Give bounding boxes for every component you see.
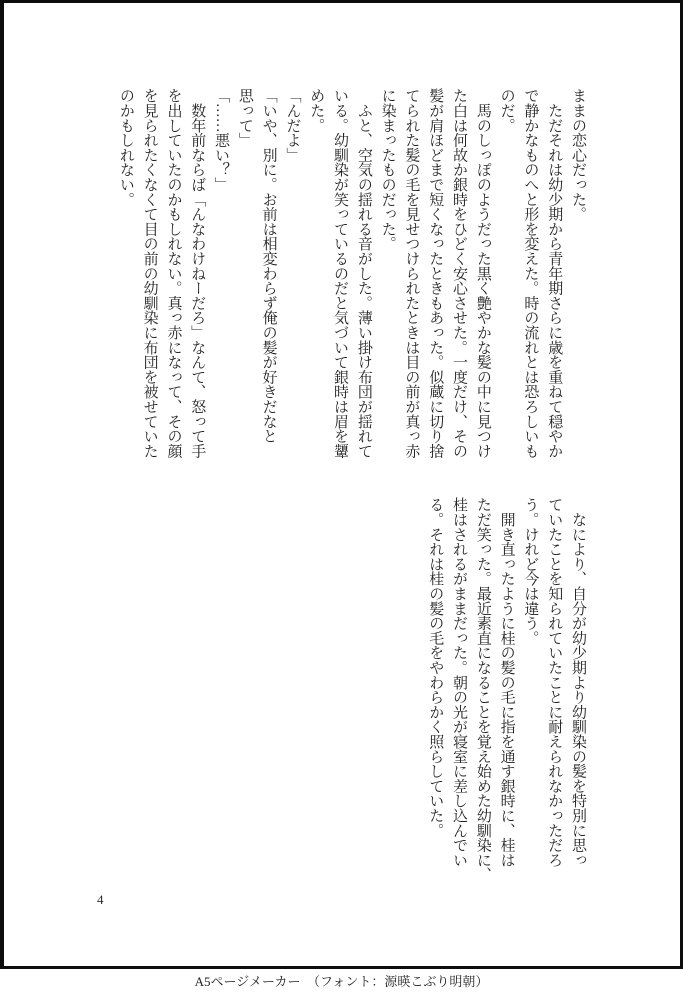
text-line: めた。 xyxy=(303,88,327,460)
text-line: いる。幼馴染が笑っているのだと気づいて銀時は眉を顰 xyxy=(327,88,351,460)
screenshot-root: { "page": { "number": "4", "footer_capti… xyxy=(0,0,683,1000)
text-line: ままの恋心だった。 xyxy=(565,88,589,460)
text-line: 馬のしっぽのようだった黒く艶やかな髪の中に見つけ xyxy=(470,88,494,460)
text-line: 「……悪い？」 xyxy=(208,88,232,460)
text-line: を見られたくなくて目の前の幼馴染に布団を被せていた xyxy=(137,88,161,460)
text-line: ただ笑った。最近素直になることを覚え始めた幼馴染に、 xyxy=(470,497,494,869)
text-line: で静かなものへと形を変えた。時の流れとは恐ろしいも xyxy=(518,88,542,460)
main-text-bottom-section: なにより、自分が幼少期より幼馴染の髪を特別に思っていたことを知られていたことに耐… xyxy=(422,497,589,869)
text-line: 思って」 xyxy=(232,88,256,460)
text-line: 桂はされるがままだった。朝の光が寝室に差し込んでい xyxy=(446,497,470,869)
text-line: 数年前ならば「んなわけねーだろ」なんて、怒って手 xyxy=(184,88,208,460)
text-line: なにより、自分が幼少期より幼馴染の髪を特別に思っ xyxy=(565,497,589,869)
text-line: のだ。 xyxy=(494,88,518,460)
text-line: ていたことを知られていたことに耐えられなかっただろ xyxy=(541,497,565,869)
text-line: のかもしれない。 xyxy=(113,88,137,460)
text-line: 開き直ったように桂の髪の毛に指を通す銀時に、桂は xyxy=(494,497,518,869)
text-line: を出していたのかもしれない。真っ赤になって、その顔 xyxy=(161,88,185,460)
text-line: てられた髪の毛を見せつけられたときは目の前が真っ赤 xyxy=(399,88,423,460)
text-line: に染まったものだった。 xyxy=(375,88,399,460)
page-number: 4 xyxy=(97,892,104,908)
text-line: 「んだよ」 xyxy=(280,88,304,460)
text-line: ふと、空気の揺れる音がした。薄い掛け布団が揺れて xyxy=(351,88,375,460)
text-line: る。それは桂の髪の毛をやわらかく照らしていた。 xyxy=(422,497,446,869)
text-line: ただそれは幼少期から青年期さらに歳を重ねて穏やか xyxy=(541,88,565,460)
footer-caption: A5ページメーカー （フォント：源暎こぶり明朝） xyxy=(0,971,683,1000)
text-line: 「いや、別に。お前は相変わらず俺の髪が好きだなと xyxy=(256,88,280,460)
text-line: う。けれど今は違う。 xyxy=(518,497,542,869)
text-line: 髪が肩ほどまで短くなったときもあった。似蔵に切り捨 xyxy=(422,88,446,460)
text-line: た白は何故か銀時をひどく安心させた。一度だけ、その xyxy=(446,88,470,460)
main-text-top-section: ままの恋心だった。 ただそれは幼少期から青年期さらに歳を重ねて穏やかで静かなもの… xyxy=(113,88,589,460)
